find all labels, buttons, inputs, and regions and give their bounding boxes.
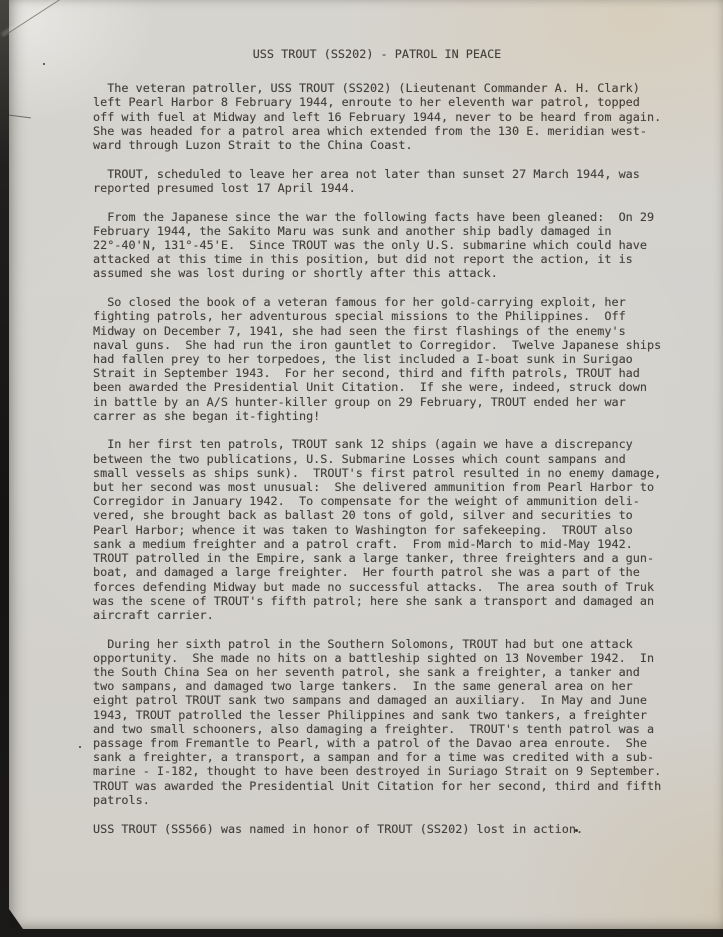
paper-speck <box>79 746 81 748</box>
paragraph-veteran-patroller: The veteran patroller, USS TROUT (SS202)… <box>93 81 668 152</box>
paper-crease <box>3 0 69 37</box>
document-text-block: USS TROUT (SS202) - PATROL IN PEACE The … <box>93 47 668 836</box>
paper-tear <box>9 115 31 119</box>
document-title: USS TROUT (SS202) - PATROL IN PEACE <box>93 47 661 61</box>
paragraph-veteran-record: So closed the book of a veteran famous f… <box>93 295 668 423</box>
paragraph-later-patrols: During her sixth patrol in the Southern … <box>93 637 668 807</box>
paragraph-presumed-lost: TROUT, scheduled to leave her area not l… <box>93 167 668 195</box>
paper-speck <box>43 63 45 65</box>
paragraph-named-in-honor: USS TROUT (SS566) was named in honor of … <box>93 822 668 836</box>
paper-corner-fold <box>9 909 23 929</box>
paragraph-japanese-facts: From the Japanese since the war the foll… <box>93 210 668 281</box>
scanned-page-background: USS TROUT (SS202) - PATROL IN PEACE The … <box>0 0 723 937</box>
document-page: USS TROUT (SS202) - PATROL IN PEACE The … <box>9 0 723 929</box>
paragraph-first-ten-patrols: In her first ten patrols, TROUT sank 12 … <box>93 437 668 622</box>
